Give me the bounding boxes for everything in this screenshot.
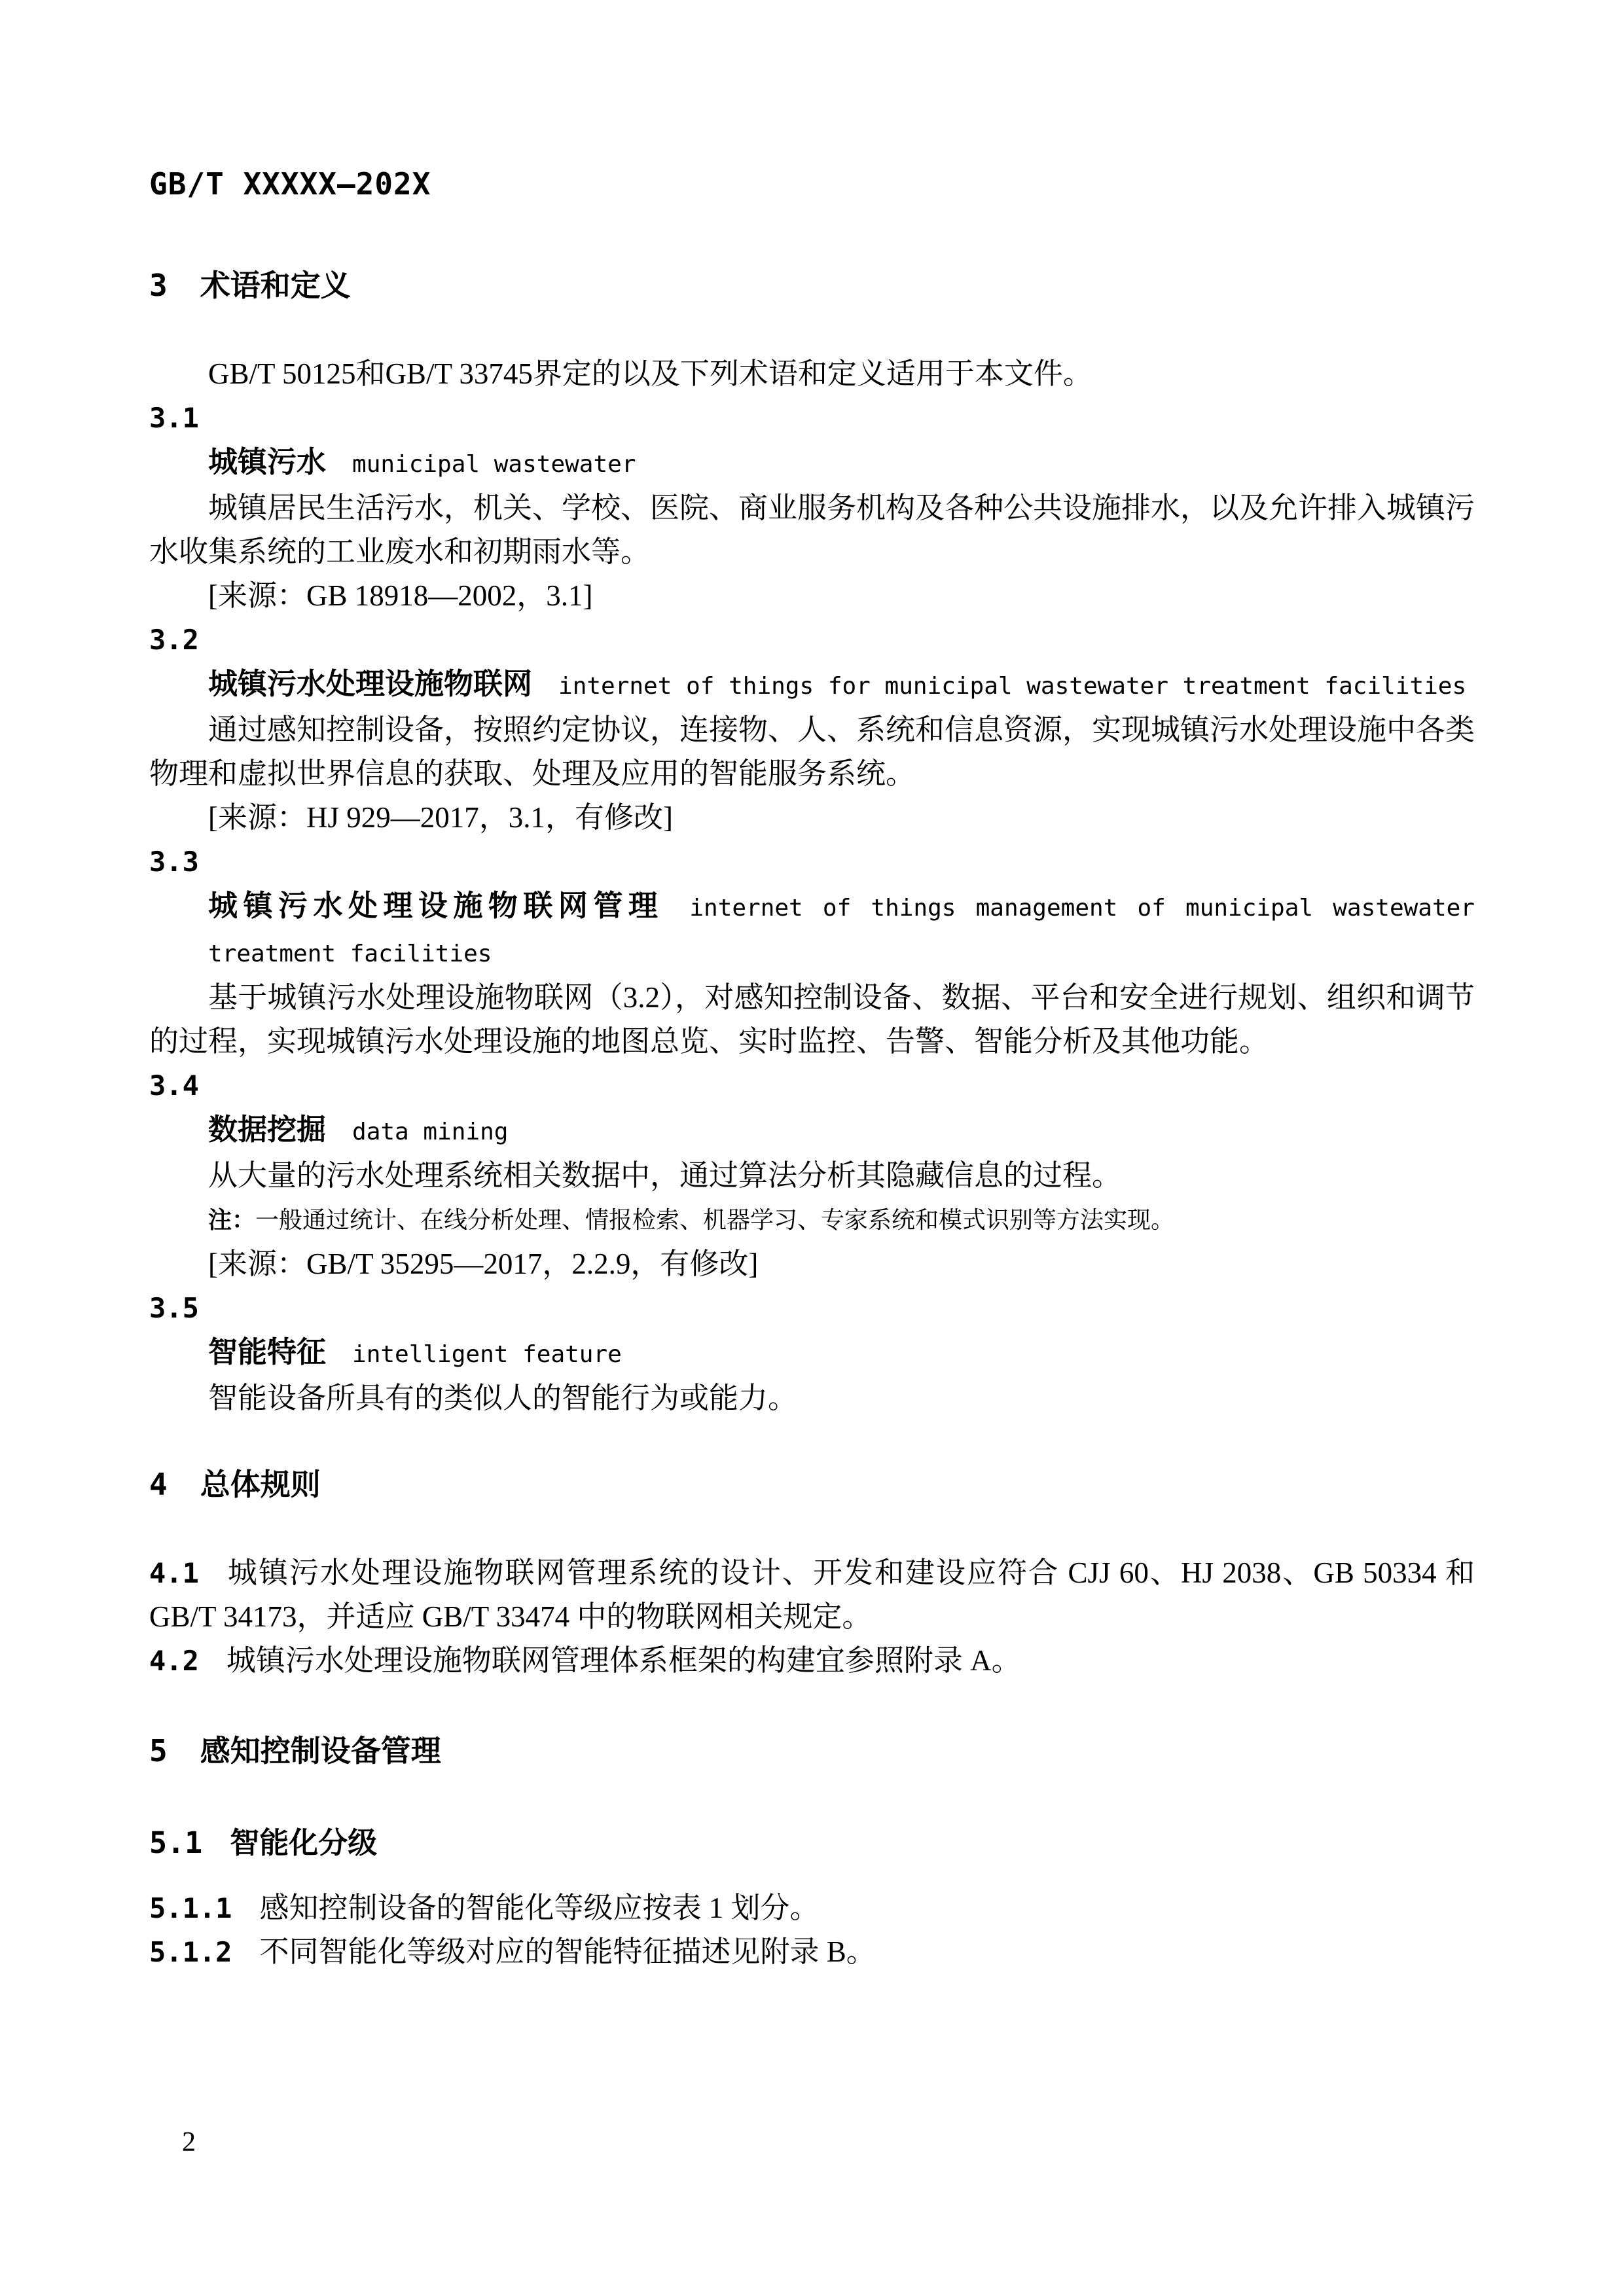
section-general-rules: 4总体规则 4.1城镇污水处理设施物联网管理系统的设计、开发和建设应符合 CJJ… xyxy=(149,1463,1475,1683)
term-number: 3.5 xyxy=(149,1286,1475,1330)
term-source: [来源：GB/T 35295—2017，2.2.9，有修改] xyxy=(149,1242,1475,1286)
term-definition: 从大量的污水处理系统相关数据中，通过算法分析其隐藏信息的过程。 xyxy=(149,1154,1475,1198)
term-entry-3-3: 3.3 城镇污水处理设施物联网管理internet of things mana… xyxy=(149,840,1475,1064)
term-note: 注：一般通过统计、在线分析处理、情报检索、机器学习、专家系统和模式识别等方法实现… xyxy=(149,1198,1475,1242)
term-chinese: 数据挖掘 xyxy=(208,1113,326,1146)
term-number: 3.2 xyxy=(149,618,1475,662)
section-4-heading: 4总体规则 xyxy=(149,1463,1475,1507)
page-content: GB/T XXXXX—202X 3术语和定义 GB/T 50125和GB/T 3… xyxy=(149,162,1475,1974)
terms-intro: GB/T 50125和GB/T 33745界定的以及下列术语和定义适用于本文件。 xyxy=(149,352,1475,396)
term-english: municipal wastewater xyxy=(352,451,636,478)
section-5-heading: 5感知控制设备管理 xyxy=(149,1729,1475,1773)
clause-number: 5.1.2 xyxy=(149,1936,232,1968)
term-title-line: 城镇污水municipal wastewater xyxy=(149,440,1475,486)
clause-number: 5.1.1 xyxy=(149,1892,232,1924)
clause-text: 不同智能化等级对应的智能特征描述见附录 B。 xyxy=(259,1935,875,1968)
term-title-line: 城镇污水处理设施物联网internet of things for munici… xyxy=(149,662,1475,708)
clause-5-1-2: 5.1.2不同智能化等级对应的智能特征描述见附录 B。 xyxy=(149,1930,1475,1974)
clause-text: 城镇污水处理设施物联网管理体系框架的构建宜参照附录 A。 xyxy=(226,1644,1021,1677)
section-4-title: 总体规则 xyxy=(200,1467,321,1501)
clause-text: 感知控制设备的智能化等级应按表 1 划分。 xyxy=(259,1892,819,1924)
note-label: 注： xyxy=(208,1206,255,1233)
section-3-title: 术语和定义 xyxy=(200,268,351,302)
clause-text: 城镇污水处理设施物联网管理系统的设计、开发和建设应符合 CJJ 60、HJ 20… xyxy=(149,1556,1475,1633)
term-english: internet of things for municipal wastewa… xyxy=(558,673,1466,700)
clause-5-1-1: 5.1.1感知控制设备的智能化等级应按表 1 划分。 xyxy=(149,1886,1475,1930)
term-number: 3.3 xyxy=(149,840,1475,884)
section-device-management: 5感知控制设备管理 5.1智能化分级 5.1.1感知控制设备的智能化等级应按表 … xyxy=(149,1729,1475,1974)
term-title-line: 数据挖掘data mining xyxy=(149,1107,1475,1154)
section-3-heading: 3术语和定义 xyxy=(149,264,1475,308)
clause-number: 4.1 xyxy=(149,1557,199,1589)
term-entry-3-2: 3.2 城镇污水处理设施物联网internet of things for mu… xyxy=(149,618,1475,840)
term-source: [来源：GB 18918—2002，3.1] xyxy=(149,574,1475,618)
term-chinese: 城镇污水处理设施物联网管理 xyxy=(208,889,663,922)
doc-code-header: GB/T XXXXX—202X xyxy=(149,162,1475,206)
clause-number: 4.2 xyxy=(149,1645,199,1677)
clause-4-2: 4.2城镇污水处理设施物联网管理体系框架的构建宜参照附录 A。 xyxy=(149,1639,1475,1683)
term-title-line: 智能特征intelligent feature xyxy=(149,1330,1475,1376)
subsection-number: 5.1 xyxy=(149,1825,202,1860)
term-chinese: 城镇污水 xyxy=(208,445,326,478)
note-text: 一般通过统计、在线分析处理、情报检索、机器学习、专家系统和模式识别等方法实现。 xyxy=(255,1207,1174,1233)
section-4-number: 4 xyxy=(149,1467,168,1502)
term-english: data mining xyxy=(352,1119,508,1145)
clause-4-1: 4.1城镇污水处理设施物联网管理系统的设计、开发和建设应符合 CJJ 60、HJ… xyxy=(149,1551,1475,1639)
term-title-line: 城镇污水处理设施物联网管理internet of things manageme… xyxy=(149,884,1475,976)
subsection-5-1-heading: 5.1智能化分级 xyxy=(149,1821,1475,1865)
term-number: 3.1 xyxy=(149,396,1475,440)
section-5-title: 感知控制设备管理 xyxy=(200,1734,441,1768)
term-definition: 城镇居民生活污水，机关、学校、医院、商业服务机构及各种公共设施排水，以及允许排入… xyxy=(149,486,1475,574)
term-definition: 基于城镇污水处理设施物联网（3.2），对感知控制设备、数据、平台和安全进行规划、… xyxy=(149,976,1475,1064)
term-chinese: 城镇污水处理设施物联网 xyxy=(208,667,532,700)
term-entry-3-4: 3.4 数据挖掘data mining 从大量的污水处理系统相关数据中，通过算法… xyxy=(149,1064,1475,1286)
document-page: GB/T XXXXX—202X 3术语和定义 GB/T 50125和GB/T 3… xyxy=(0,0,1624,2296)
page-number: 2 xyxy=(182,2126,196,2159)
term-definition: 通过感知控制设备，按照约定协议，连接物、人、系统和信息资源，实现城镇污水处理设施… xyxy=(149,708,1475,796)
term-entry-3-5: 3.5 智能特征intelligent feature 智能设备所具有的类似人的… xyxy=(149,1286,1475,1420)
section-terms: 3术语和定义 GB/T 50125和GB/T 33745界定的以及下列术语和定义… xyxy=(149,264,1475,1420)
term-chinese: 智能特征 xyxy=(208,1335,326,1369)
subsection-title: 智能化分级 xyxy=(230,1826,377,1859)
term-number: 3.4 xyxy=(149,1064,1475,1107)
term-entry-3-1: 3.1 城镇污水municipal wastewater 城镇居民生活污水，机关… xyxy=(149,396,1475,618)
term-english: intelligent feature xyxy=(352,1341,622,1368)
term-source: [来源：HJ 929—2017，3.1，有修改] xyxy=(149,796,1475,840)
section-5-number: 5 xyxy=(149,1733,168,1768)
section-3-number: 3 xyxy=(149,268,168,303)
term-definition: 智能设备所具有的类似人的智能行为或能力。 xyxy=(149,1376,1475,1420)
